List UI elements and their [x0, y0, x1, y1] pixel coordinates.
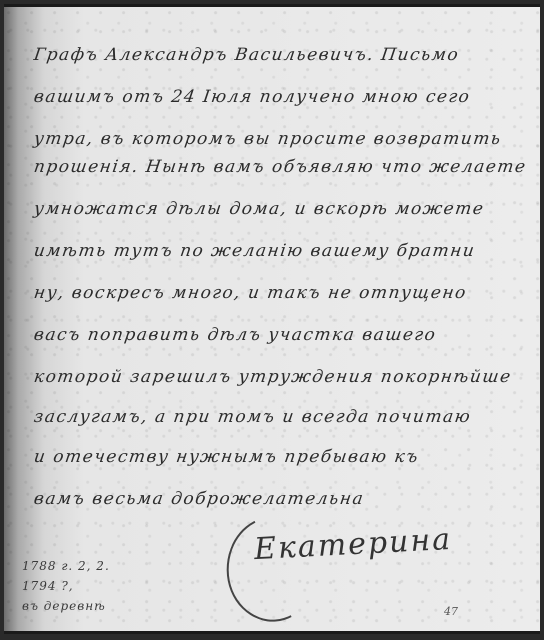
letter-line: ну, воскресъ много, и такъ не отпущено [33, 283, 469, 303]
letter-line: имѣть тутъ по желанію вашему братни [33, 241, 477, 261]
letter-line: васъ поправить дѣлъ участка вашего [33, 325, 438, 345]
letter-line: и отечеству нужнымъ пребываю къ [33, 447, 421, 467]
signature-flourish [211, 504, 335, 634]
margin-note: 1788 г. 2, 2. [22, 559, 110, 573]
letter-line: умножатся дѣлы дома, и вскорѣ можете [33, 199, 486, 219]
margin-note: въ деревнѣ [22, 599, 106, 613]
letter-sheet: Графъ Александръ Васильевичъ. Письмо ваш… [4, 4, 540, 634]
letter-line: заслугамъ, а при томъ и всегда почитаю [33, 407, 473, 427]
letter-line: вамъ весьма доброжелательна [33, 489, 366, 509]
margin-note: 1794 ?, [22, 579, 74, 593]
page-number: 47 [444, 605, 458, 618]
letter-line: утра, въ которомъ вы просите возвратить [33, 129, 503, 149]
letter-line: вашимъ отъ 24 Іюля получено мною сего [33, 87, 472, 107]
letter-line: прошенія. Нынѣ вамъ объявляю что желаете [33, 157, 528, 177]
letter-line: которой зарешилъ утруждения покорнѣйше [33, 367, 513, 387]
letter-line: Графъ Александръ Васильевичъ. Письмо [33, 45, 461, 65]
